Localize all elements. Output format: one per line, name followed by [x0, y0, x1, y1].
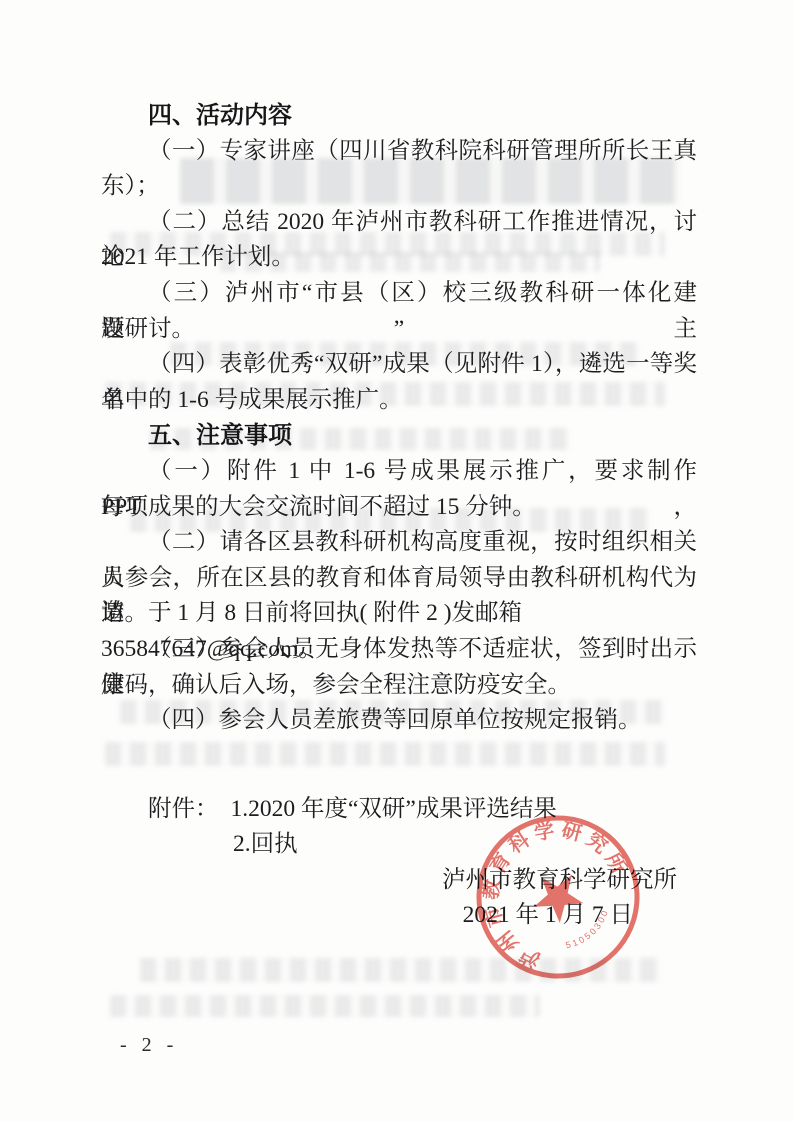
doc-body-lines: 四、活动内容（一）专家讲座（四川省教科院科研管理所所长王真东）；（二）总结 20…	[101, 98, 697, 739]
section-heading: 四、活动内容	[101, 98, 697, 134]
paragraph-line: （三）泸州市“市县（区）校三级教科研一体化建设”主	[101, 276, 697, 312]
attachments-label: 附件：	[148, 796, 219, 822]
star-icon	[522, 861, 590, 929]
paragraph-line: 单中的 1-6 号成果展示推广。	[101, 383, 697, 419]
vertical-spacer	[101, 739, 697, 792]
paragraph-line: （三）参会人员无身体发热等不适症状，签到时出示健	[101, 632, 697, 668]
paragraph-line: （一）附件 1 中 1-6 号成果展示推广，要求制作 PPT，	[101, 454, 697, 490]
paragraph-line: （四）参会人员差旅费等回原单位按规定报销。	[101, 703, 697, 739]
section-heading: 五、注意事项	[101, 418, 697, 454]
paragraph-line: 康码，确认后入场，参会全程注意防疫安全。	[101, 668, 697, 704]
paragraph-line: （二）总结 2020 年泸州市教科研工作推进情况，讨论	[101, 205, 697, 241]
paragraph-line: 请。于 1 月 8 日前将回执( 附件 2 )发邮箱 365847647@qq.…	[101, 596, 697, 632]
bleed-through-artifact	[110, 995, 540, 1017]
attachment-item-1: 1.2020 年度“双研”成果评选结果	[231, 796, 557, 822]
scanned-document-page: 四、活动内容（一）专家讲座（四川省教科院科研管理所所长王真东）；（二）总结 20…	[0, 0, 793, 1122]
attachment-line-1: 附件：1.2020 年度“双研”成果评选结果	[101, 792, 697, 828]
paragraph-line: （二）请各区县教科研机构高度重视，按时组织相关人	[101, 525, 697, 561]
paragraph-line: （四）表彰优秀“双研”成果（见附件 1），遴选一等奖名	[101, 347, 697, 383]
paragraph-line: 东）；	[101, 169, 697, 205]
attachment-item-2: 2.回执	[233, 831, 298, 857]
page-number: - 2 -	[120, 1034, 178, 1057]
document-body: 四、活动内容（一）专家讲座（四川省教科院科研管理所所长王真东）；（二）总结 20…	[101, 98, 697, 934]
paragraph-line: （一）专家讲座（四川省教科院科研管理所所长王真	[101, 134, 697, 170]
paragraph-line: 2021 年工作计划。	[101, 240, 697, 276]
paragraph-line: 员参会，所在区县的教育和体育局领导由教科研机构代为邀	[101, 561, 697, 597]
